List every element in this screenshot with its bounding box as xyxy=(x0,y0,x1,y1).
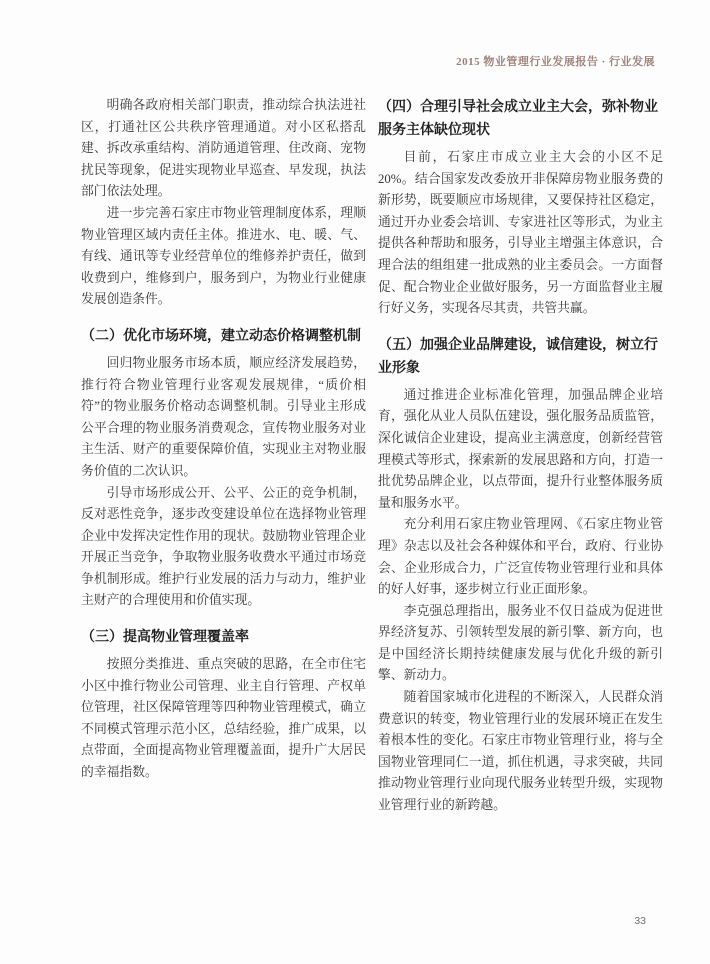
section-heading: （二）优化市场环境，建立动态价格调整机制 xyxy=(81,324,366,347)
section-heading: （四）合理引导社会成立业主大会，弥补物业服务主体缺位现状 xyxy=(378,95,663,141)
section-heading: （五）加强企业品牌建设，诚信建设，树立行业形象 xyxy=(378,333,663,379)
body-paragraph: 李克强总理指出，服务业不仅日益成为促进世界经济复苏、引领转型发展的新引擎、新方向… xyxy=(378,601,663,687)
page-number: 33 xyxy=(634,915,646,927)
section-heading: （三）提高物业管理覆盖率 xyxy=(81,625,366,648)
body-paragraph: 回归物业服务市场本质，顺应经济发展趋势，推行符合物业管理行业客观发展规律，“质价… xyxy=(81,353,366,483)
page-body: 明确各政府相关部门职责，推动综合执法进社区，打通社区公共秩序管理通道。对小区私搭… xyxy=(81,95,663,817)
left-column: 明确各政府相关部门职责，推动综合执法进社区，打通社区公共秩序管理通道。对小区私搭… xyxy=(81,95,366,817)
body-paragraph: 引导市场形成公开、公平、公正的竞争机制，反对恶性竞争，逐步改变建设单位在选择物业… xyxy=(81,483,366,613)
body-paragraph: 通过推进企业标准化管理，加强品牌企业培育，强化从业人员队伍建设，强化服务品质监管… xyxy=(378,385,663,515)
body-paragraph: 充分利用石家庄物业管理网、《石家庄物业管理》杂志以及社会各种媒体和平台，政府、行… xyxy=(378,514,663,600)
right-column: （四）合理引导社会成立业主大会，弥补物业服务主体缺位现状目前，石家庄市成立业主大… xyxy=(378,95,663,817)
document-page: 2015 物业管理行业发展报告 · 行业发展 明确各政府相关部门职责，推动综合执… xyxy=(0,0,710,964)
body-paragraph: 进一步完善石家庄市物业管理制度体系，理顺物业管理区域内责任主体。推进水、电、暖、… xyxy=(81,203,366,311)
body-paragraph: 随着国家城市化进程的不断深入，人民群众消费意识的转变，物业管理行业的发展环境正在… xyxy=(378,687,663,817)
body-paragraph: 按照分类推进、重点突破的思路，在全市住宅小区中推行物业公司管理、业主自行管理、产… xyxy=(81,654,366,784)
body-paragraph: 目前，石家庄市成立业主大会的小区不足20%。结合国家发改委放开非保障房物业服务费… xyxy=(378,147,663,320)
running-head-title: 2015 物业管理行业发展报告 · 行业发展 xyxy=(456,53,655,69)
body-paragraph: 明确各政府相关部门职责，推动综合执法进社区，打通社区公共秩序管理通道。对小区私搭… xyxy=(81,95,366,203)
